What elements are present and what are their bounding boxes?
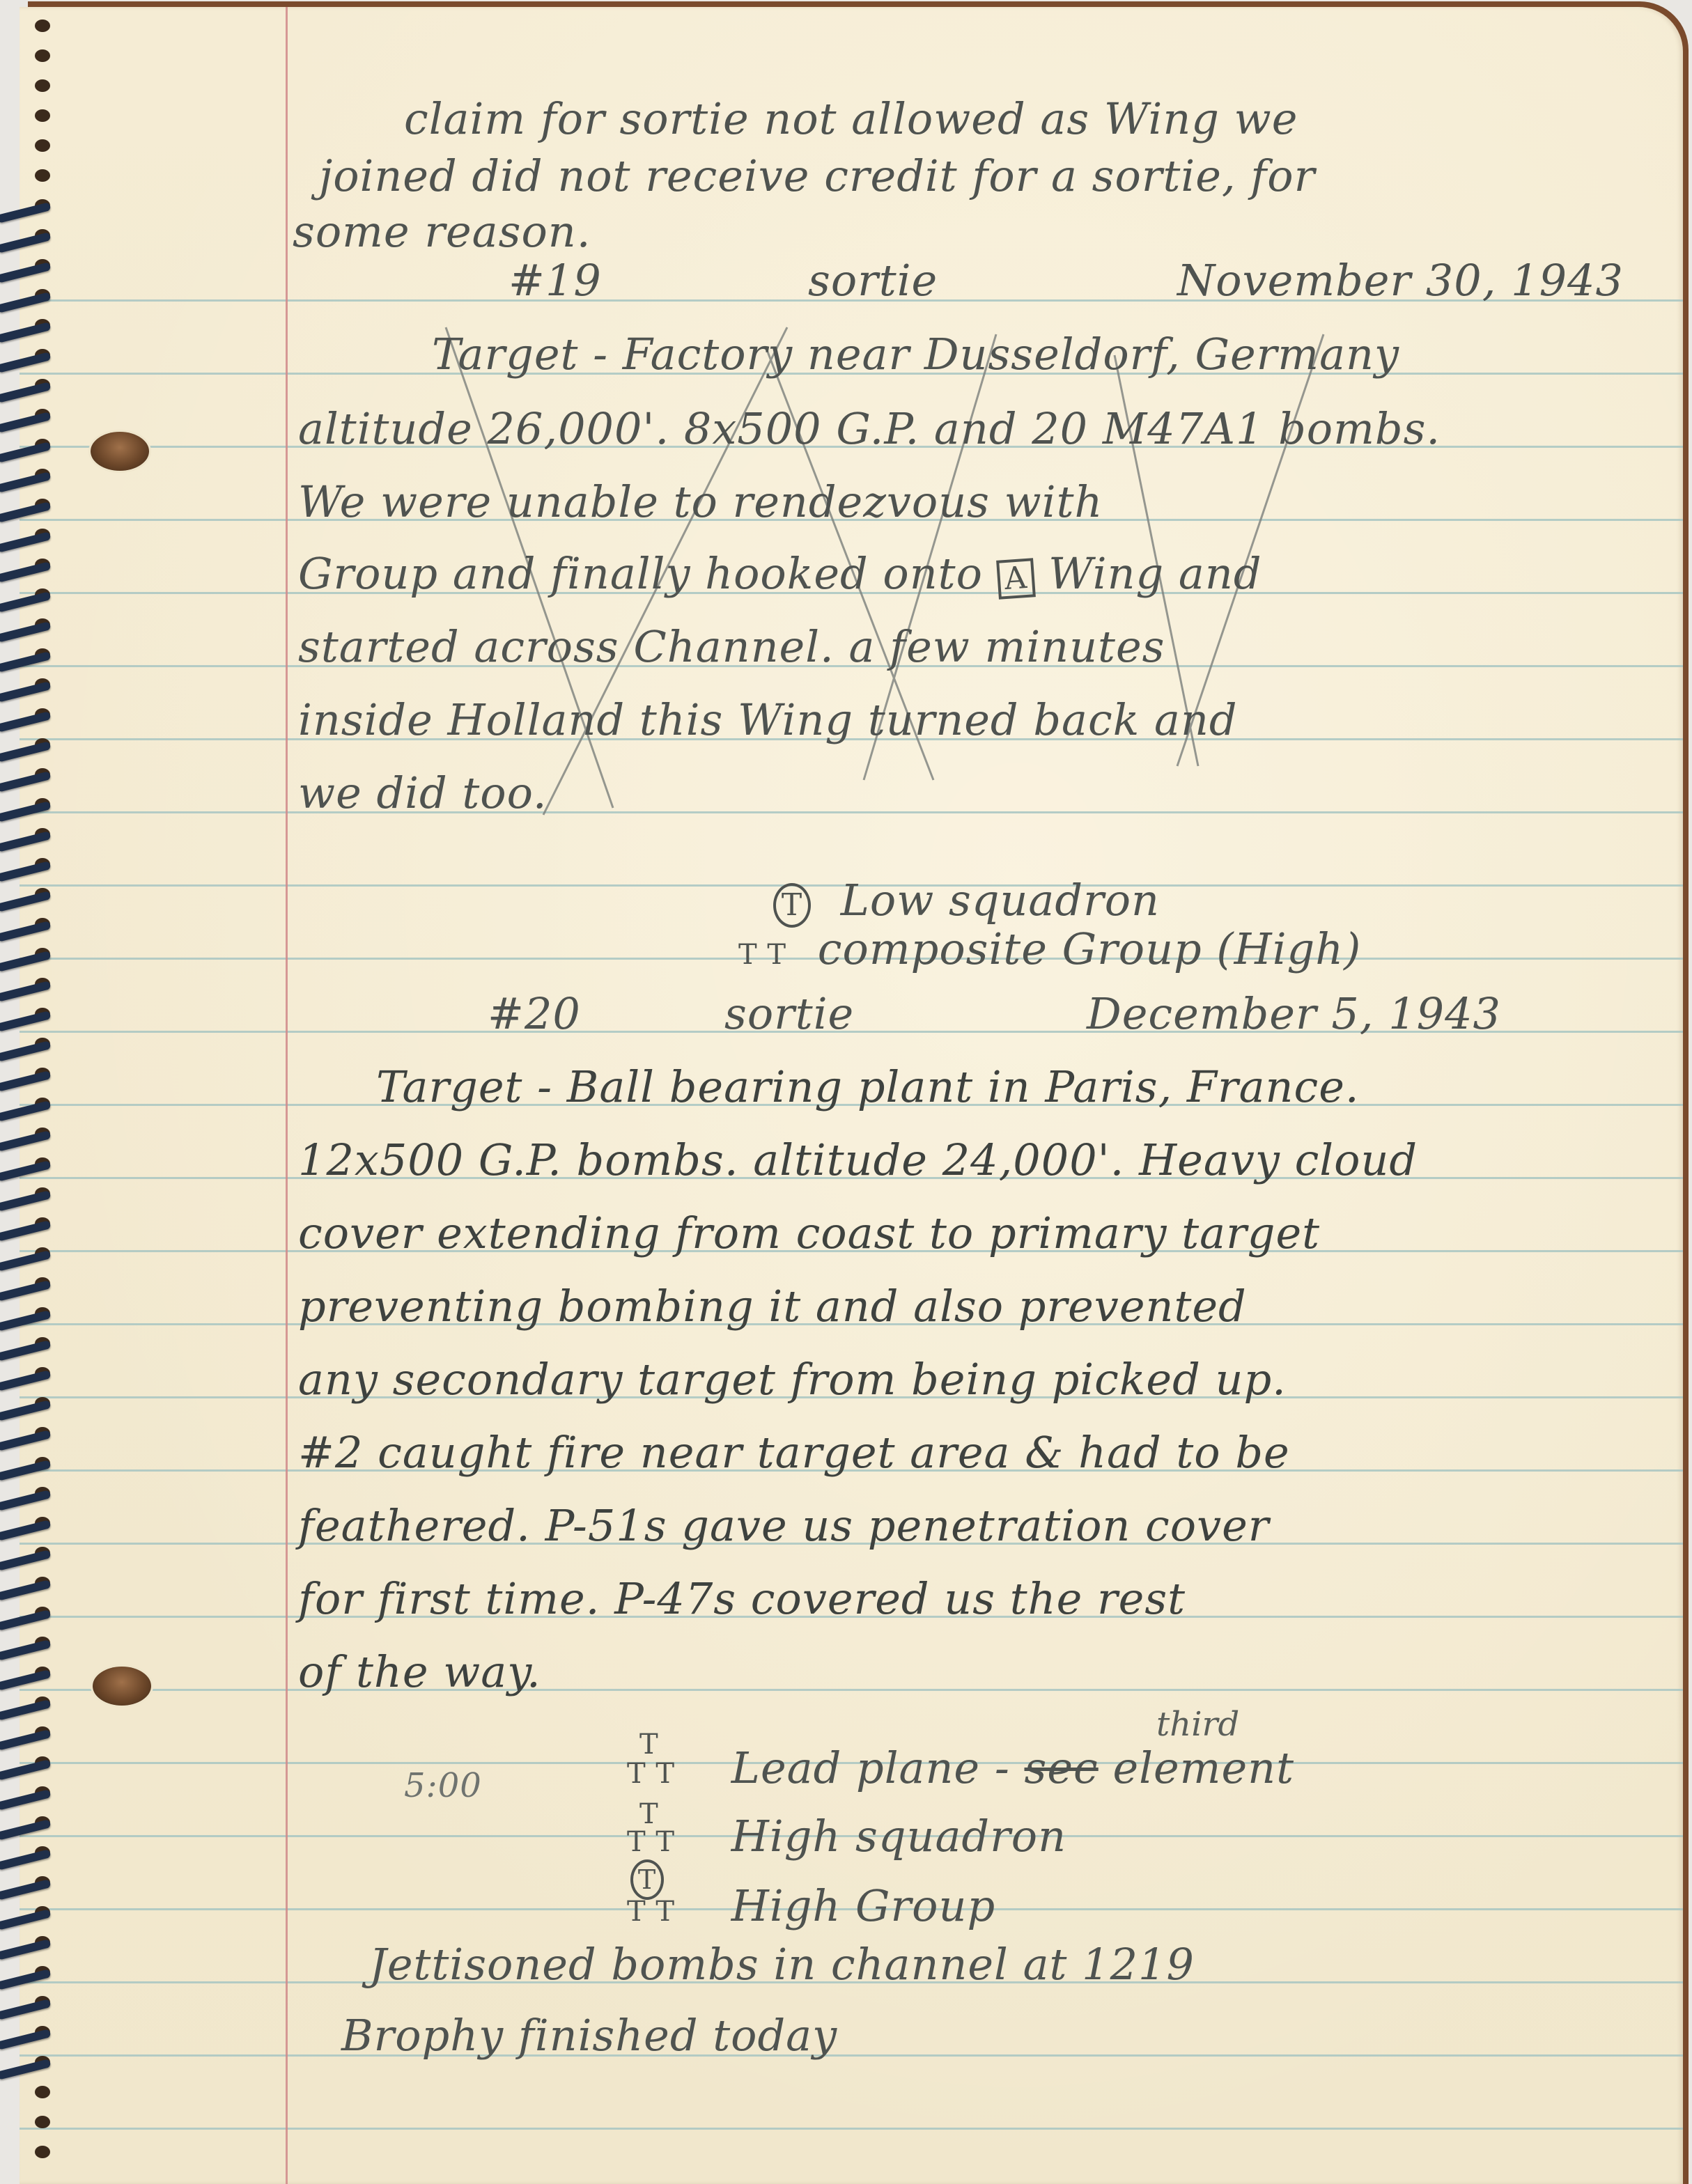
closing-line-2: Brophy finished today (341, 2014, 837, 2057)
entry-20-line-7: feathered. P-51s gave us penetration cov… (298, 1504, 1269, 1547)
circled-t-mark: T (773, 883, 811, 928)
formation-2-time: 5:00 (404, 1769, 482, 1802)
formation-1-composite-group: composite Group (High) (818, 923, 1362, 974)
struck-word: sec (1025, 1742, 1099, 1793)
high-group-label: High Group (731, 1880, 995, 1931)
entry-20-type: sortie (724, 992, 854, 1036)
wing-box-label: A (996, 558, 1036, 600)
ruled-line (20, 2054, 1683, 2057)
perforation-hole (35, 79, 50, 92)
entry-19-line-4-text: Group and finally hooked onto (298, 548, 983, 599)
perforation-hole (35, 49, 50, 62)
entry-19-line-6: inside Holland this Wing turned back and (298, 699, 1238, 742)
continuation-line-2: joined did not receive credit for a sort… (319, 155, 1315, 198)
formation-2-row-2: T T High squadron (627, 1815, 1066, 1858)
formation-1-row-1: T Low squadron (773, 879, 1160, 928)
continuation-line-1: claim for sortie not allowed as Wing we (404, 97, 1298, 141)
lead-plane-label: Lead plane - (731, 1742, 1025, 1793)
entry-20-line-1: Target - Ball bearing plant in Paris, Fr… (376, 1066, 1360, 1109)
t-marks: T T (738, 939, 786, 971)
entry-19-type: sortie (808, 259, 938, 302)
closing-line-1: Jettisoned bombs in channel at 1219 (369, 1943, 1195, 1986)
ruled-line (20, 2128, 1683, 2130)
entry-20-line-2: 12x500 G.P. bombs. altitude 24,000'. Hea… (298, 1139, 1418, 1182)
ruled-line (20, 811, 1683, 813)
formation-2-row-3-marks: T T High Group (627, 1885, 995, 1928)
inserted-word-third: third (1156, 1705, 1239, 1744)
entry-19-line-7: we did too. (298, 772, 548, 815)
entry-20-line-5: any secondary target from being picked u… (298, 1358, 1287, 1401)
entry-19-line-3: We were unable to rendezvous with (298, 481, 1103, 524)
entry-19-date: November 30, 1943 (1177, 259, 1624, 302)
entry-19-line-4: Group and finally hooked onto A Wing and (298, 552, 1262, 598)
entry-20-line-9: of the way. (298, 1651, 541, 1694)
perforation-hole (35, 2146, 50, 2158)
formation-2-row-1: T T Lead plane - sec element (627, 1747, 1294, 1790)
entry-20-line-3: cover extending from coast to primary ta… (298, 1212, 1320, 1255)
formation-1-row-2: T T composite Group (High) (738, 928, 1361, 971)
formation-1-low-squadron: Low squadron (841, 875, 1160, 926)
binder-hole-bottom (93, 1667, 151, 1706)
t-marks: T T (627, 1896, 675, 1928)
t-marks: T T (627, 1758, 675, 1790)
element-label: element (1099, 1742, 1294, 1793)
entry-19-line-5: started across Channel. a few minutes (298, 625, 1165, 669)
high-squadron-label: High squadron (731, 1811, 1066, 1862)
entry-20-line-8: for first time. P-47s covered us the res… (298, 1577, 1186, 1621)
perforation-hole (35, 139, 50, 152)
perforation-hole (35, 169, 50, 182)
entry-20-line-4: preventing bombing it and also prevented (298, 1285, 1247, 1328)
entry-19-line-4-wing: Wing and (1048, 548, 1262, 599)
entry-20-line-6: #2 caught fire near target area & had to… (298, 1431, 1290, 1474)
perforation-hole (35, 2116, 50, 2128)
binder-hole-top (91, 432, 149, 471)
perforation-hole (35, 2086, 50, 2098)
entry-20-date: December 5, 1943 (1087, 992, 1501, 1036)
ruled-line (20, 1689, 1683, 1691)
entry-20-number: #20 (488, 992, 581, 1036)
continuation-line-3: some reason. (293, 210, 591, 253)
perforation-hole (35, 19, 50, 32)
perforation-hole (35, 109, 50, 122)
margin-line (286, 7, 288, 2184)
entry-19-number: #19 (509, 259, 602, 302)
entry-19-line-1: Target - Factory near Dusseldorf, German… (432, 333, 1399, 376)
entry-19-line-2: altitude 26,000'. 8x500 G.P. and 20 M47A… (298, 407, 1441, 451)
